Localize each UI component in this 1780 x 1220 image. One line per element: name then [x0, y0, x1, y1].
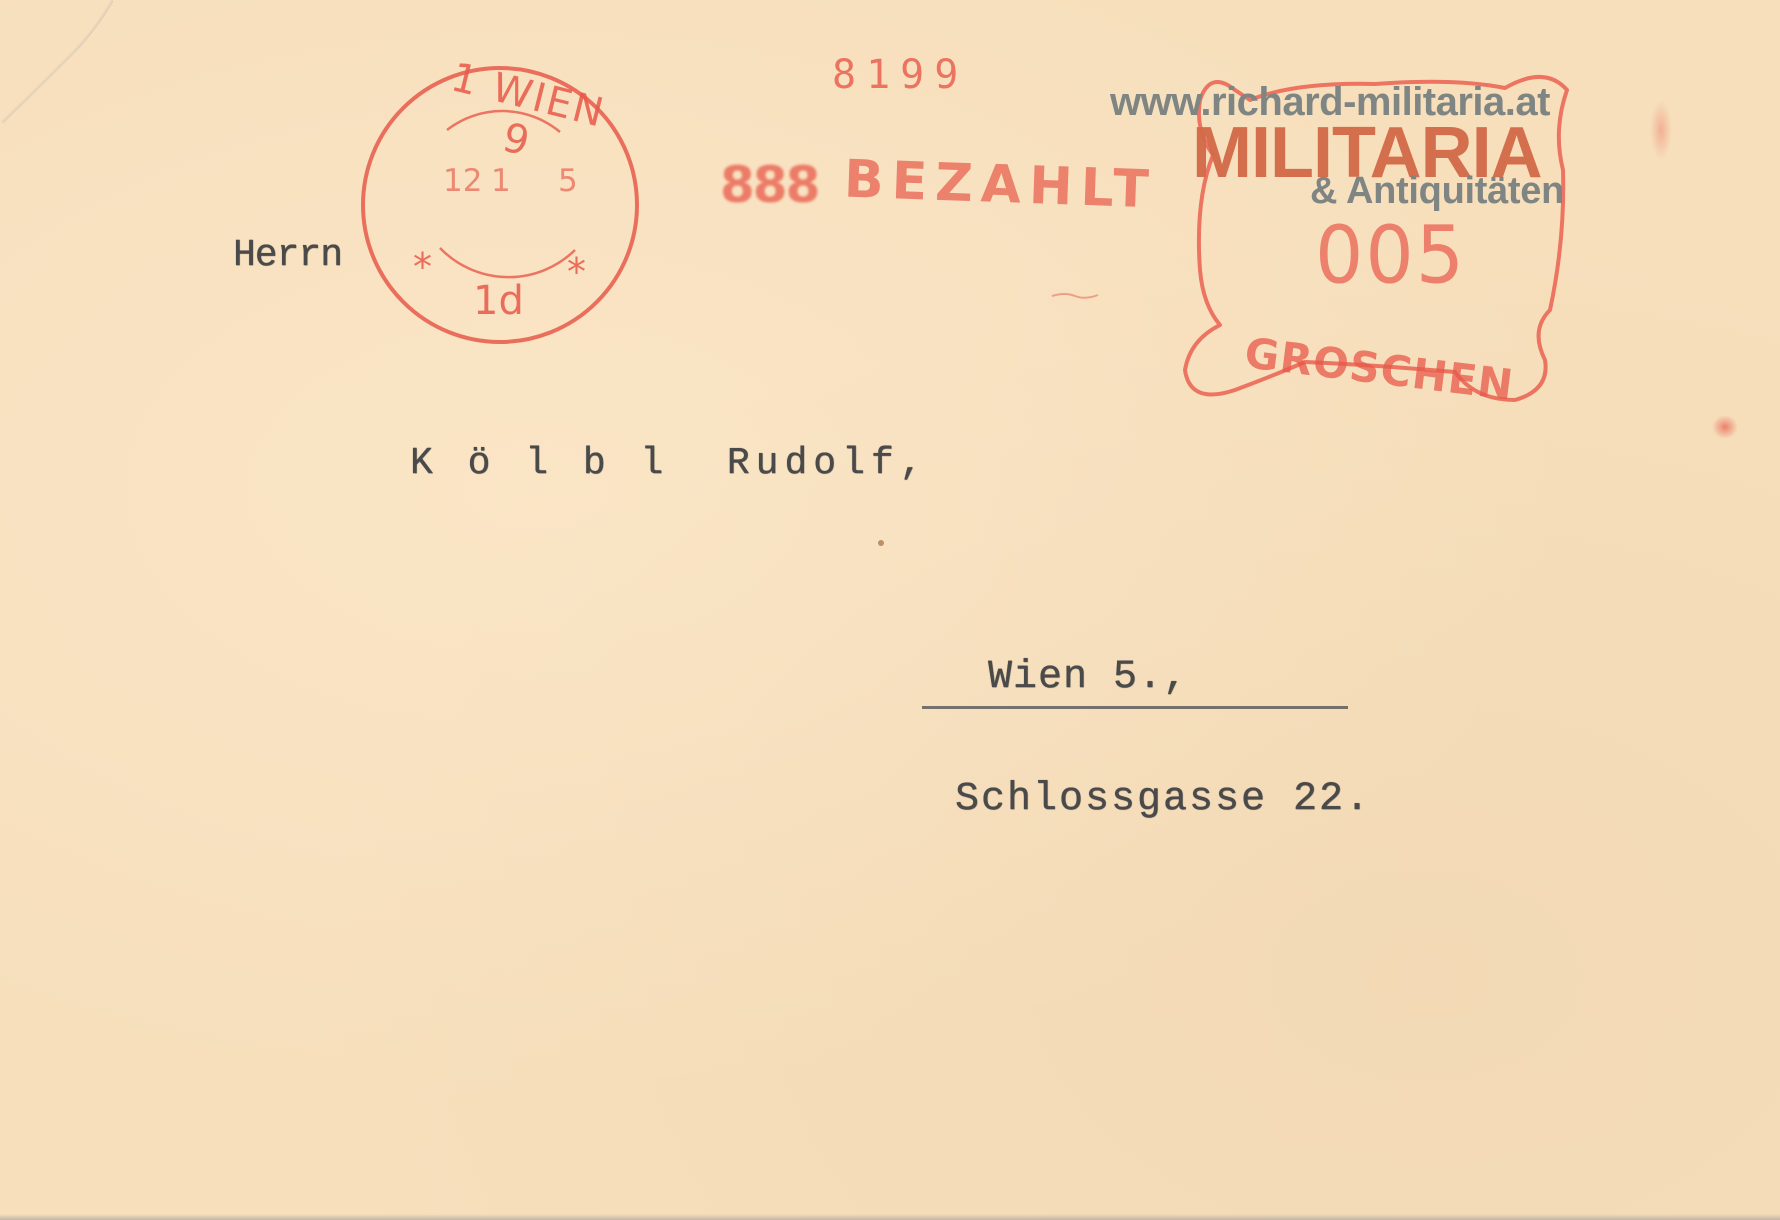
meter-paid-line: 888 BEZAHLT: [720, 155, 1157, 225]
ink-speck: [878, 540, 884, 546]
watermark-subtitle: & Antiquitäten: [1310, 170, 1564, 213]
postcard: 1 WIEN 9 12 1 5 * * 1d 8199 888 BEZAHLT …: [0, 0, 1780, 1220]
postmark-day: 12: [443, 163, 482, 199]
star-icon: *: [567, 250, 586, 294]
star-icon: *: [413, 245, 432, 289]
address-street: Schlossgasse 22.: [955, 777, 1371, 822]
address-city: Wien 5.,: [988, 655, 1188, 700]
postmark-stamp: 1 WIEN 9 12 1 5 * * 1d: [355, 60, 645, 350]
address-city-underline: [922, 706, 1348, 709]
ink-speck: [1712, 415, 1738, 439]
ink-speck: [1650, 100, 1672, 160]
meter-smudged-prefix: 888: [720, 156, 818, 214]
stamp-dash-mark: [1050, 290, 1100, 302]
postmark-bottom-text: 1d: [473, 278, 524, 324]
meter-paid-label: BEZAHLT: [843, 150, 1158, 221]
postmark-date: 12 1 5: [443, 163, 593, 208]
meter-value: 005: [1315, 208, 1466, 301]
paper-crease: [0, 0, 120, 130]
postmark-hour: 5: [558, 163, 578, 199]
meter-number: 8199: [832, 52, 968, 98]
address-name: K ö l b l Rudolf,: [410, 442, 928, 485]
address-salutation: Herrn: [233, 234, 342, 277]
postmark-month: 1: [491, 163, 511, 199]
